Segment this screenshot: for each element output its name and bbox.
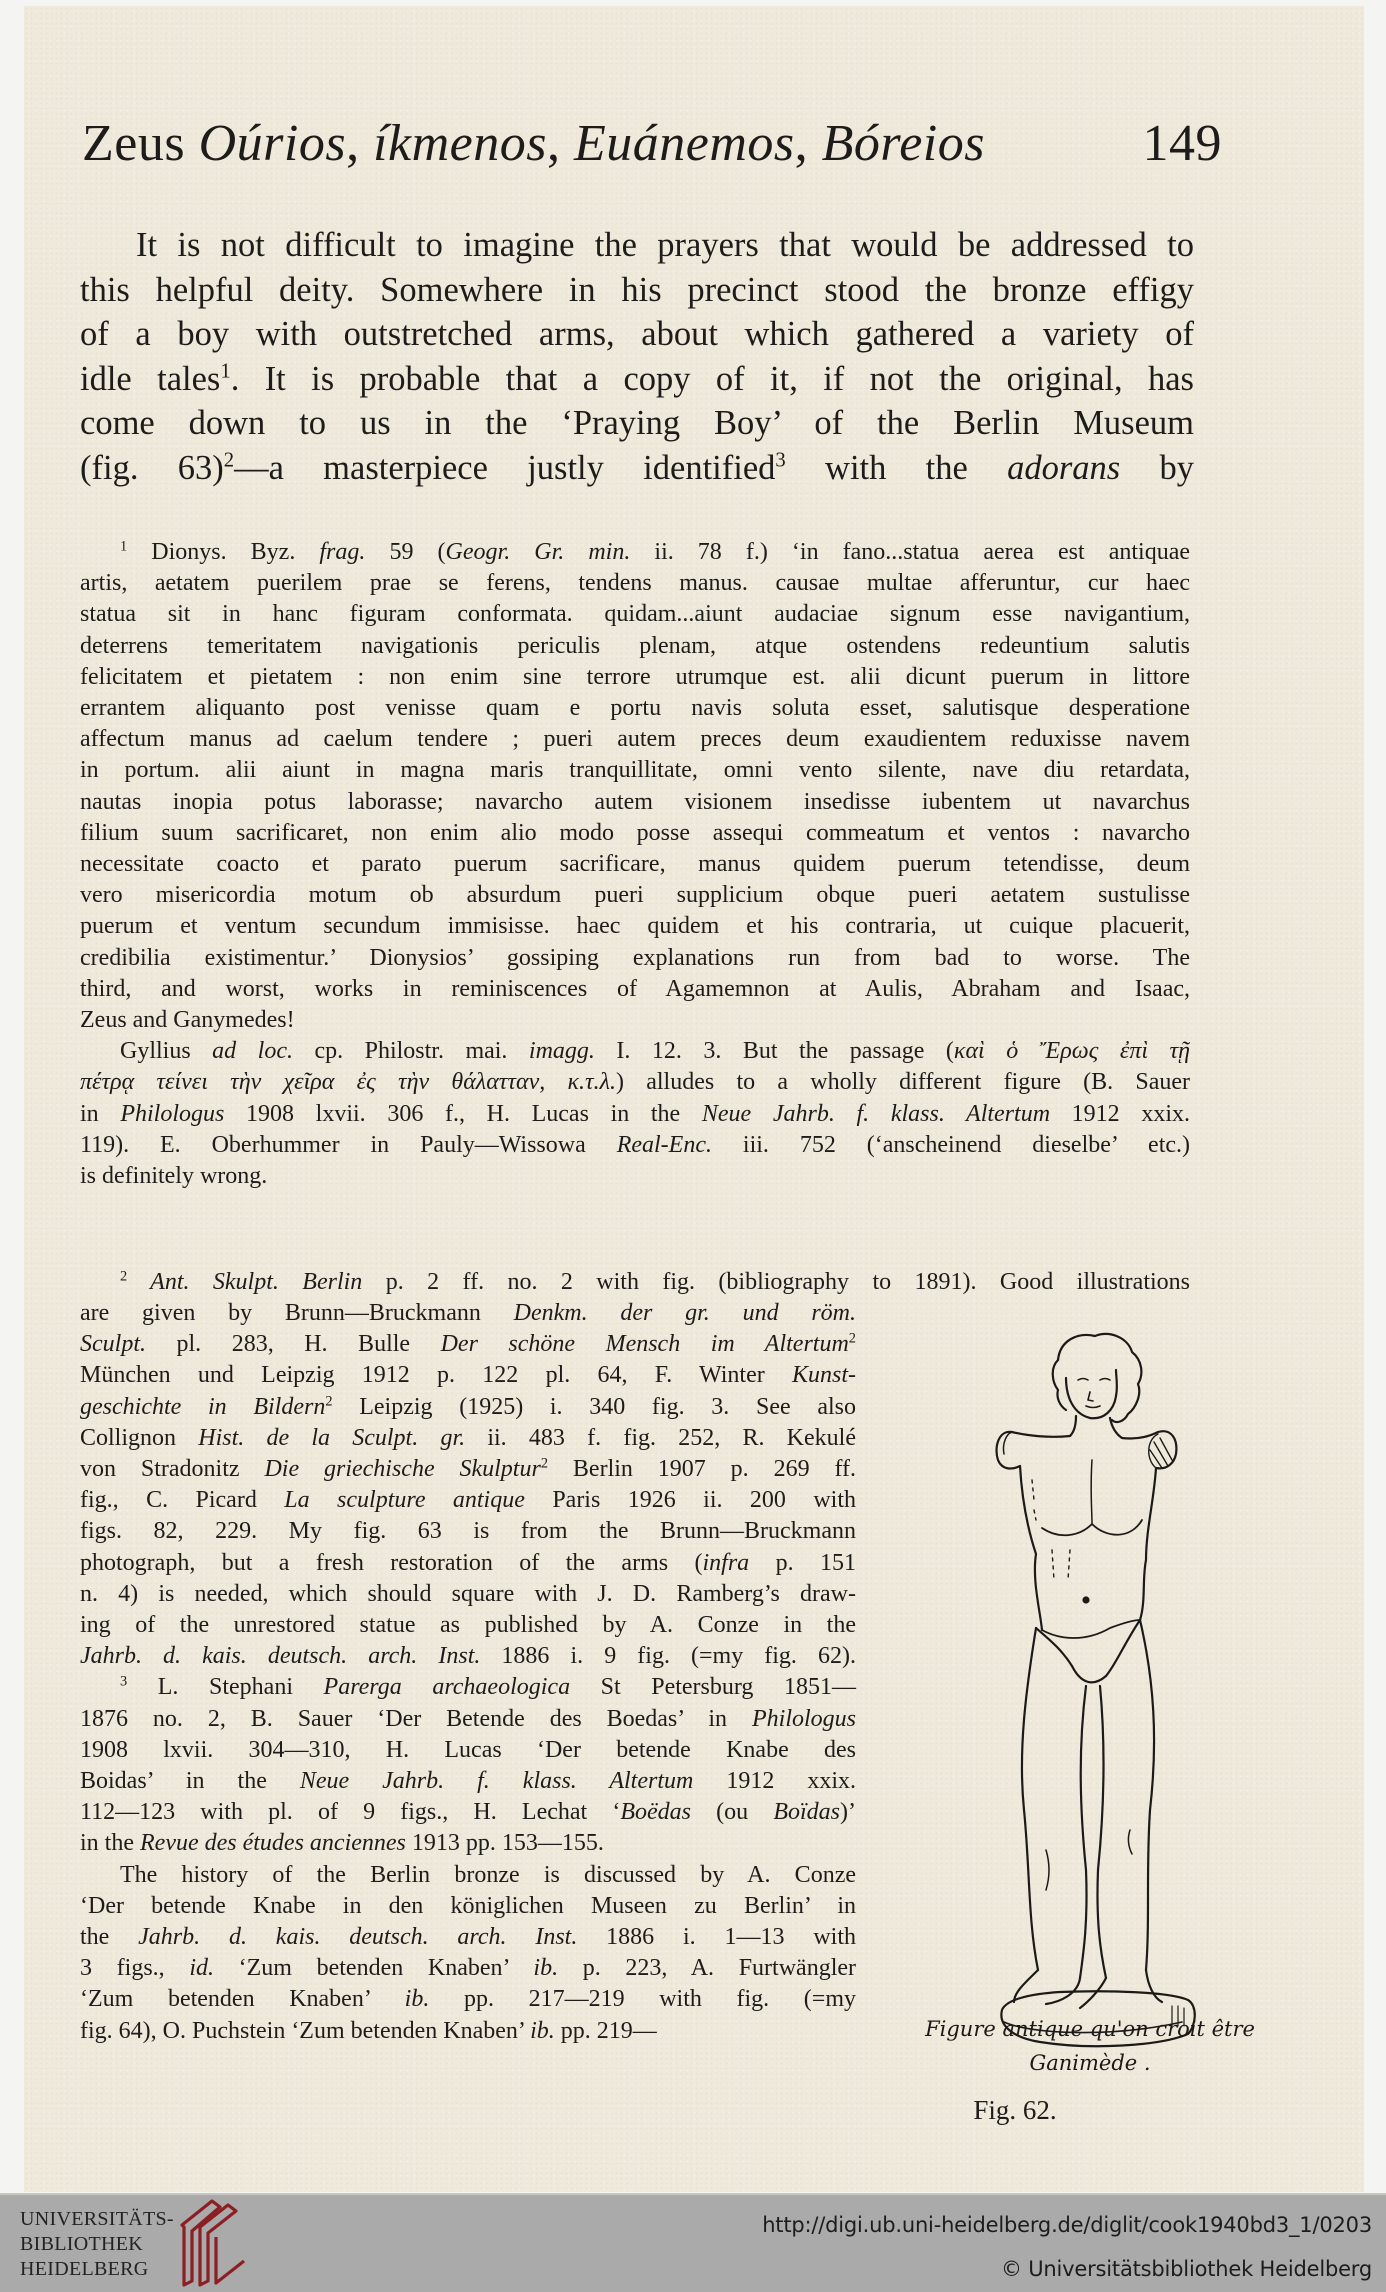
footnote-3-line: ‘Der betende Knabe in den königlichen Mu… bbox=[80, 1891, 856, 1922]
page-number: 149 bbox=[1143, 114, 1223, 174]
footnote-line: Gyllius ad loc. cp. Philostr. mai. imagg… bbox=[80, 1036, 1190, 1067]
library-logo-icon bbox=[178, 2197, 250, 2289]
footnote-line: deterrens temeritatem navigationis peric… bbox=[80, 631, 1190, 662]
footnote-line: in portum. alii aiunt in magna maris tra… bbox=[80, 755, 1190, 786]
footnote-line: filium suum sacrificaret, non enim alio … bbox=[80, 818, 1190, 849]
running-header: Zeus Oúrios, íkmenos, Euánemos, Bóreios … bbox=[82, 114, 1222, 174]
statue-drawing-figure bbox=[910, 1310, 1270, 2080]
permalink-url[interactable]: http://digi.ub.uni-heidelberg.de/diglit/… bbox=[762, 2213, 1372, 2237]
footnote-line: von Stradonitz Die griechische Skulptur2… bbox=[80, 1454, 856, 1485]
footnote-line: photograph, but a fresh restoration of t… bbox=[80, 1548, 856, 1579]
footnote-3-line: Boidas’ in the Neue Jahrb. f. klass. Alt… bbox=[80, 1766, 856, 1797]
footnote-line: vero misericordia motum ob absurdum puer… bbox=[80, 880, 1190, 911]
footnote-2-continued: are given by Brunn—Bruckmann Denkm. der … bbox=[80, 1298, 856, 2047]
footnote-line: 119). E. Oberhummer in Pauly—Wissowa Rea… bbox=[80, 1130, 1190, 1161]
footnote-3-line: 3 figs., id. ‘Zum betenden Knaben’ ib. p… bbox=[80, 1953, 856, 1984]
footnote-line: statua sit in hanc figuram conformata. q… bbox=[80, 599, 1190, 630]
library-footer-bar: UNIVERSITÄTS- BIBLIOTHEK HEIDELBERG http… bbox=[0, 2193, 1386, 2292]
footnote-line: necessitate coacto et parato puerum sacr… bbox=[80, 849, 1190, 880]
footnote-line: credibilia existimentur.’ Dionysios’ gos… bbox=[80, 943, 1190, 974]
footnote-line: 1 Dionys. Byz. frag. 59 (Geogr. Gr. min.… bbox=[80, 537, 1190, 568]
footnote-ref-2[interactable]: 2 bbox=[224, 449, 234, 471]
body-paragraph: It is not difficult to imagine the praye… bbox=[80, 223, 1194, 490]
body-line: of a boy with outstretched arms, about w… bbox=[80, 312, 1194, 357]
footnote-line: πέτρᾳ τείνει τὴν χεῖρα ἐς τὴν θάλατταν, … bbox=[80, 1067, 1190, 1098]
header-title: Zeus Oúrios, íkmenos, Euánemos, Bóreios bbox=[82, 115, 985, 172]
footnote-3-line: the Jahrb. d. kais. deutsch. arch. Inst.… bbox=[80, 1922, 856, 1953]
footnote-3-line: 112—123 with pl. of 9 figs., H. Lechat ‘… bbox=[80, 1797, 856, 1828]
footnote-ref-3[interactable]: 3 bbox=[775, 449, 785, 471]
footnote-line: geschichte in Bildern2 Leipzig (1925) i.… bbox=[80, 1392, 856, 1423]
library-name: UNIVERSITÄTS- BIBLIOTHEK HEIDELBERG bbox=[20, 2207, 174, 2282]
footnote-3-line: ‘Zum betenden Knaben’ ib. pp. 217—219 wi… bbox=[80, 1984, 856, 2015]
handwritten-caption: Figure antique qu'on croit être Ganimède… bbox=[895, 2012, 1285, 2080]
footnote-line: München und Leipzig 1912 p. 122 pl. 64, … bbox=[80, 1360, 856, 1391]
footnote-line: felicitatem et pietatem : non enim sine … bbox=[80, 662, 1190, 693]
footnote-line: nautas inopia potus laborasse; navarcho … bbox=[80, 787, 1190, 818]
footnote-line: figs. 82, 229. My fig. 63 is from the Br… bbox=[80, 1516, 856, 1547]
footnote-line: Collignon Hist. de la Sculpt. gr. ii. 48… bbox=[80, 1423, 856, 1454]
footnote-3-line: fig. 64), O. Puchstein ‘Zum betenden Kna… bbox=[80, 2016, 856, 2047]
figure-label: Fig. 62. bbox=[945, 2095, 1085, 2126]
footnote-line: artis, aetatem puerilem prae se ferens, … bbox=[80, 568, 1190, 599]
body-line: idle tales1. It is probable that a copy … bbox=[80, 357, 1194, 402]
footnote-line: Sculpt. pl. 283, H. Bulle Der schöne Men… bbox=[80, 1329, 856, 1360]
body-line: come down to us in the ‘Praying Boy’ of … bbox=[80, 401, 1194, 446]
greek-quote: καὶ ὁ Ἔρως ἐπὶ τῇ bbox=[954, 1038, 1190, 1064]
footnote-line: n. 4) is needed, which should square wit… bbox=[80, 1579, 856, 1610]
footnote-3-line: 1876 no. 2, B. Sauer ‘Der Betende des Bo… bbox=[80, 1704, 856, 1735]
footnote-2: 2 Ant. Skulpt. Berlin p. 2 ff. no. 2 wit… bbox=[80, 1267, 1190, 1298]
copyright-notice: © Universitätsbibliothek Heidelberg bbox=[1001, 2257, 1372, 2281]
footnote-1: 1 Dionys. Byz. frag. 59 (Geogr. Gr. min.… bbox=[80, 537, 1190, 1192]
footnote-3-line: in the Revue des études anciennes 1913 p… bbox=[80, 1828, 856, 1859]
body-line: It is not difficult to imagine the praye… bbox=[80, 223, 1194, 268]
footnote-line: ing of the unrestored statue as publishe… bbox=[80, 1610, 856, 1641]
footnote-line: are given by Brunn—Bruckmann Denkm. der … bbox=[80, 1298, 856, 1329]
footnote-3-line: 3 L. Stephani Parerga archaeologica St P… bbox=[80, 1672, 856, 1703]
footnote-line: puerum et ventum secundum immisisse. hae… bbox=[80, 911, 1190, 942]
footnote-3-line: The history of the Berlin bronze is disc… bbox=[80, 1860, 856, 1891]
greek-quote: πέτρᾳ τείνει τὴν χεῖρα ἐς τὴν θάλατταν, … bbox=[80, 1069, 616, 1095]
footnote-ref-1[interactable]: 1 bbox=[220, 360, 230, 382]
footnote-line: Jahrb. d. kais. deutsch. arch. Inst. 188… bbox=[80, 1641, 856, 1672]
footnote-line: affectum manus ad caelum tendere ; pueri… bbox=[80, 724, 1190, 755]
footnote-line: in Philologus 1908 lxvii. 306 f., H. Luc… bbox=[80, 1099, 1190, 1130]
body-line: (fig. 63)2—a masterpiece justly identifi… bbox=[80, 446, 1194, 491]
footnote-line: 2 Ant. Skulpt. Berlin p. 2 ff. no. 2 wit… bbox=[80, 1267, 1190, 1298]
body-line: this helpful deity. Somewhere in his pre… bbox=[80, 268, 1194, 313]
footnote-line: Zeus and Ganymedes! bbox=[80, 1005, 1190, 1036]
footnote-line: third, and worst, works in reminiscences… bbox=[80, 974, 1190, 1005]
footnote-line: is definitely wrong. bbox=[80, 1161, 1190, 1192]
footnote-3-line: 1908 lxvii. 304—310, H. Lucas ‘Der beten… bbox=[80, 1735, 856, 1766]
footnote-line: errantem aliquanto post venisse quam e p… bbox=[80, 693, 1190, 724]
footnote-line: fig., C. Picard La sculpture antique Par… bbox=[80, 1485, 856, 1516]
